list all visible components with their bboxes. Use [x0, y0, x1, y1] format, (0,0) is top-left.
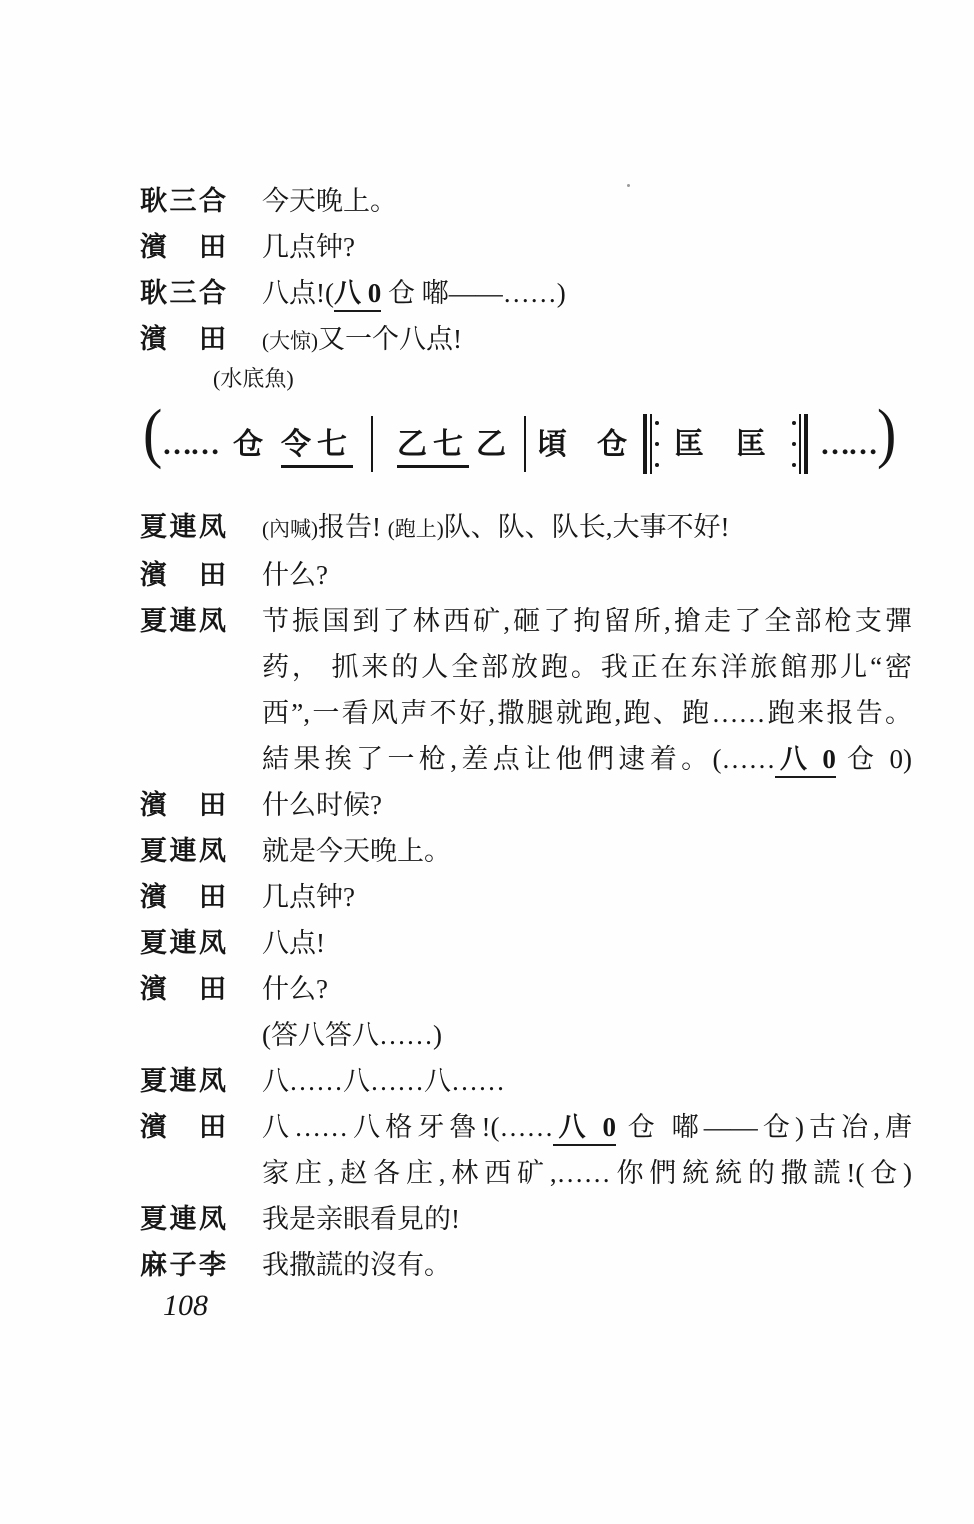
- dialogue-row: 夏連凤八点!: [140, 920, 920, 966]
- speaker-name: 耿三合: [140, 178, 226, 224]
- speaker-char: 濱: [140, 1104, 167, 1150]
- dialogue-row: 夏連凤八……八……八……: [140, 1058, 920, 1104]
- dialogue-block: 今天晚上。: [262, 178, 912, 224]
- speaker-name: 濱田: [140, 874, 226, 920]
- speaker-name: 耿三合: [140, 270, 226, 316]
- dialogue-row: 夏連凤节振国到了林西矿,砸了拘留所,搶走了全部枪支彈药， 抓来的人全部放跑。我正…: [140, 598, 920, 782]
- dialogue-line: 我是亲眼看見的!: [262, 1196, 912, 1242]
- dialogue-line: 什么?: [262, 552, 912, 598]
- speaker-char: 三: [170, 270, 197, 316]
- dialogue-line: 八点!: [262, 920, 912, 966]
- percussion-syllable: 仓: [233, 430, 269, 460]
- dialogue-text: 我撒謊的沒有。: [262, 1250, 451, 1280]
- repeat-sign-left-icon: [643, 414, 659, 474]
- dialogue-text: 又一个八点!: [318, 324, 462, 354]
- speaker-char: 合: [199, 270, 226, 316]
- dialogue-line: 药， 抓来的人全部放跑。我正在东洋旅館那儿“密: [262, 644, 912, 690]
- percussion-cue: 八 0: [334, 278, 381, 312]
- speaker-char: 濱: [140, 874, 167, 920]
- repeat-dots: [655, 414, 659, 474]
- dialogue-line: (答八答八……): [262, 1012, 912, 1058]
- page-number: 108: [163, 1283, 208, 1329]
- percussion-syllable: 匡: [674, 430, 710, 460]
- speaker-name: 濱田: [140, 1104, 226, 1150]
- script-body: 耿三合今天晚上。濱田几点钟?耿三合八点!(八 0 仓 嘟——……)濱田(大惊)又…: [140, 178, 920, 1288]
- big-parenthesis: ): [877, 400, 896, 467]
- dialogue-text: 八点!: [262, 928, 325, 958]
- percussion-cue: 八 0: [553, 1112, 616, 1146]
- speaker-char: 田: [199, 1104, 226, 1150]
- dialogue-text: 几点钟?: [262, 232, 355, 262]
- speaker-char: 三: [170, 178, 197, 224]
- dialogue-block: 什么?: [262, 552, 912, 598]
- speaker-char: 夏: [140, 1058, 167, 1104]
- dialogue-text: 八点!(: [262, 278, 334, 308]
- speaker-name: 夏連凤: [140, 504, 226, 550]
- dialogue-row: 夏連凤我是亲眼看見的!: [140, 1196, 920, 1242]
- speaker-char: 連: [170, 1058, 197, 1104]
- speaker-char: 田: [199, 552, 226, 598]
- dialogue-block: 就是今天晚上。: [262, 828, 912, 874]
- barline-thin: [650, 414, 652, 474]
- speaker-char: 濱: [140, 224, 167, 270]
- dialogue-text: 今天晚上。: [262, 186, 397, 216]
- speaker-char: 濱: [140, 552, 167, 598]
- barline-icon: [524, 416, 526, 472]
- speaker-char: 濱: [140, 966, 167, 1012]
- dialogue-text: 家庄,赵各庄,林西矿,……你們統統的撒謊!(仓): [262, 1158, 912, 1188]
- dialogue-text: 西”,一看风声不好,撒腿就跑,跑、跑……跑来报告。: [262, 698, 912, 728]
- barline-icon: [371, 416, 373, 472]
- dialogue-line: (大惊)又一个八点!: [262, 316, 912, 364]
- dialogue-text: 就是今天晚上。: [262, 836, 451, 866]
- speaker-name: 夏連凤: [140, 1196, 226, 1242]
- repeat-sign-right-icon: [792, 414, 808, 474]
- dialogue-text: 結果挨了一枪,差点让他們逮着。(……: [262, 744, 775, 774]
- dialogue-row: 耿三合八点!(八 0 仓 嘟——……): [140, 270, 920, 316]
- dialogue-text: 节振国到了林西矿,砸了拘留所,搶走了全部枪支彈: [262, 606, 912, 636]
- dialogue-line: 西”,一看风声不好,撒腿就跑,跑、跑……跑来报告。: [262, 690, 912, 736]
- dialogue-block: (大惊)又一个八点!: [262, 316, 912, 364]
- percussion-syllable: 頃: [537, 430, 573, 460]
- dialogue-block: 几点钟?: [262, 224, 912, 270]
- dialogue-text: 什么?: [262, 974, 328, 1004]
- dialogue-line: 什么时候?: [262, 782, 912, 828]
- percussion-syllable: 乙: [476, 430, 512, 460]
- repeat-dots: [792, 414, 796, 474]
- dialogue-text: 仓 嘟——仓)古冶,唐: [616, 1112, 912, 1142]
- speaker-name: 濱田: [140, 782, 226, 828]
- dialogue-text: (答八答八……): [262, 1020, 442, 1050]
- speaker-char: 李: [199, 1242, 226, 1288]
- dialogue-line: 我撒謊的沒有。: [262, 1242, 912, 1288]
- speaker-char: 夏: [140, 828, 167, 874]
- dialogue-line: 結果挨了一枪,差点让他們逮着。(……八 0 仓 0): [262, 736, 912, 782]
- dialogue-row: 濱田几点钟?: [140, 224, 920, 270]
- barline-thin: [799, 414, 801, 474]
- speaker-name: 麻子李: [140, 1242, 226, 1288]
- continuation-dots: ……: [820, 430, 876, 460]
- speaker-char: 連: [170, 828, 197, 874]
- dialogue-line: 八……八格牙魯!(……八 0 仓 嘟——仓)古冶,唐: [262, 1104, 912, 1150]
- percussion-syllable: 令七: [281, 430, 353, 468]
- dialogue-text: 什么?: [262, 560, 328, 590]
- dialogue-text: 队、队、队长,大事不好!: [444, 512, 730, 542]
- speaker-char: 凤: [199, 828, 226, 874]
- dialogue-row: 夏連凤(內喊)报告! (跑上)队、队、队长,大事不好!: [140, 504, 920, 552]
- dialogue-row: 濱田(大惊)又一个八点!: [140, 316, 920, 364]
- speaker-char: 凤: [199, 920, 226, 966]
- barline-thick: [804, 414, 808, 474]
- dialogue-text: 我是亲眼看見的!: [262, 1204, 460, 1234]
- dialogue-block: 几点钟?: [262, 874, 912, 920]
- percussion-pattern-label: (水底魚): [213, 368, 294, 390]
- speaker-char: 濱: [140, 316, 167, 362]
- big-parenthesis: (: [143, 400, 162, 467]
- speaker-char: 耿: [140, 270, 167, 316]
- speaker-name: 濱田: [140, 224, 226, 270]
- dialogue-text: 仓 嘟——……): [381, 278, 566, 308]
- stage-direction: (跑上): [388, 517, 444, 541]
- percussion-syllable: 仓: [597, 430, 633, 460]
- percussion-cue: 八 0: [775, 744, 835, 778]
- speaker-char: 凤: [199, 598, 226, 644]
- dialogue-block: 八……八格牙魯!(……八 0 仓 嘟——仓)古冶,唐家庄,赵各庄,林西矿,……你…: [262, 1104, 912, 1196]
- dialogue-block: 节振国到了林西矿,砸了拘留所,搶走了全部枪支彈药， 抓来的人全部放跑。我正在东洋…: [262, 598, 912, 782]
- dialogue-row: 濱田什么时候?: [140, 782, 920, 828]
- speaker-char: 連: [170, 504, 197, 550]
- dialogue-line: (內喊)报告! (跑上)队、队、队长,大事不好!: [262, 504, 912, 552]
- speaker-char: 連: [170, 1196, 197, 1242]
- speaker-char: 連: [170, 920, 197, 966]
- dialogue-row: 耿三合今天晚上。: [140, 178, 920, 224]
- dialogue-line: 八点!(八 0 仓 嘟——……): [262, 270, 912, 316]
- dialogue-text: 仓 0): [836, 744, 912, 774]
- dialogue-text: 药， 抓来的人全部放跑。我正在东洋旅館那儿“密: [262, 652, 912, 682]
- dialogue-line: 什么?: [262, 966, 912, 1012]
- dialogue-block: 我撒謊的沒有。: [262, 1242, 912, 1288]
- speaker-char: 耿: [140, 178, 167, 224]
- dialogue-block: 八……八……八……: [262, 1058, 912, 1104]
- percussion-syllable: 匡: [736, 430, 772, 460]
- speaker-name: 夏連凤: [140, 1058, 226, 1104]
- dialogue-block: 什么?: [262, 966, 912, 1012]
- percussion-syllable: 乙七: [397, 430, 469, 468]
- dialogue-line: 节振国到了林西矿,砸了拘留所,搶走了全部枪支彈: [262, 598, 912, 644]
- speaker-name: 濱田: [140, 316, 226, 362]
- dialogue-block: 我是亲眼看見的!: [262, 1196, 912, 1242]
- speaker-char: 凤: [199, 1058, 226, 1104]
- dialogue-row: 濱田什么?: [140, 966, 920, 1012]
- speaker-name: 夏連凤: [140, 598, 226, 644]
- dialogue-block: 八点!: [262, 920, 912, 966]
- dialogue-text: 八……八……八……: [262, 1066, 505, 1096]
- speaker-name: 夏連凤: [140, 828, 226, 874]
- dialogue-line: 家庄,赵各庄,林西矿,……你們統統的撒謊!(仓): [262, 1150, 912, 1196]
- dialogue-line: 八……八……八……: [262, 1058, 912, 1104]
- dialogue-row: 濱田八……八格牙魯!(……八 0 仓 嘟——仓)古冶,唐家庄,赵各庄,林西矿,……: [140, 1104, 920, 1196]
- percussion-notation-block: (水底魚)(……仓令七乙七乙頃仓匡匡……): [140, 364, 920, 504]
- dialogue-block: 八点!(八 0 仓 嘟——……): [262, 270, 912, 316]
- speaker-char: 子: [170, 1242, 197, 1288]
- speaker-char: 凤: [199, 1196, 226, 1242]
- speaker-char: 田: [199, 874, 226, 920]
- barline-thick: [643, 414, 647, 474]
- dialogue-row: 濱田几点钟?: [140, 874, 920, 920]
- speaker-char: 連: [170, 598, 197, 644]
- continuation-dots: ……: [162, 430, 218, 460]
- dialogue-block: 什么时候?: [262, 782, 912, 828]
- speaker-char: 田: [199, 224, 226, 270]
- dialogue-text: 八……八格牙魯!(……: [262, 1112, 553, 1142]
- dialogue-row: (答八答八……): [140, 1012, 920, 1058]
- speaker-char: 夏: [140, 1196, 167, 1242]
- speaker-char: 田: [199, 966, 226, 1012]
- dialogue-row: 濱田什么?: [140, 552, 920, 598]
- script-page: 耿三合今天晚上。濱田几点钟?耿三合八点!(八 0 仓 嘟——……)濱田(大惊)又…: [0, 0, 974, 1524]
- dialogue-text: 什么时候?: [262, 790, 382, 820]
- dialogue-row: 麻子李我撒謊的沒有。: [140, 1242, 920, 1288]
- speaker-name: 濱田: [140, 966, 226, 1012]
- dialogue-row: 夏連凤就是今天晚上。: [140, 828, 920, 874]
- dialogue-text: 几点钟?: [262, 882, 355, 912]
- dialogue-text: 报告!: [318, 512, 388, 542]
- speaker-char: 田: [199, 316, 226, 362]
- stage-direction: (內喊): [262, 517, 318, 541]
- speaker-name: 濱田: [140, 552, 226, 598]
- speaker-char: 夏: [140, 504, 167, 550]
- dialogue-line: 今天晚上。: [262, 178, 912, 224]
- dialogue-line: 就是今天晚上。: [262, 828, 912, 874]
- speaker-name: 夏連凤: [140, 920, 226, 966]
- dialogue-block: (內喊)报告! (跑上)队、队、队长,大事不好!: [262, 504, 912, 552]
- dialogue-line: 几点钟?: [262, 224, 912, 270]
- dialogue-line: 几点钟?: [262, 874, 912, 920]
- speaker-char: 凤: [199, 504, 226, 550]
- speaker-char: 田: [199, 782, 226, 828]
- speaker-char: 合: [199, 178, 226, 224]
- dialogue-block: (答八答八……): [262, 1012, 912, 1058]
- speaker-char: 夏: [140, 598, 167, 644]
- speaker-char: 濱: [140, 782, 167, 828]
- speaker-char: 麻: [140, 1242, 167, 1288]
- stage-direction: (大惊): [262, 329, 318, 353]
- speaker-char: 夏: [140, 920, 167, 966]
